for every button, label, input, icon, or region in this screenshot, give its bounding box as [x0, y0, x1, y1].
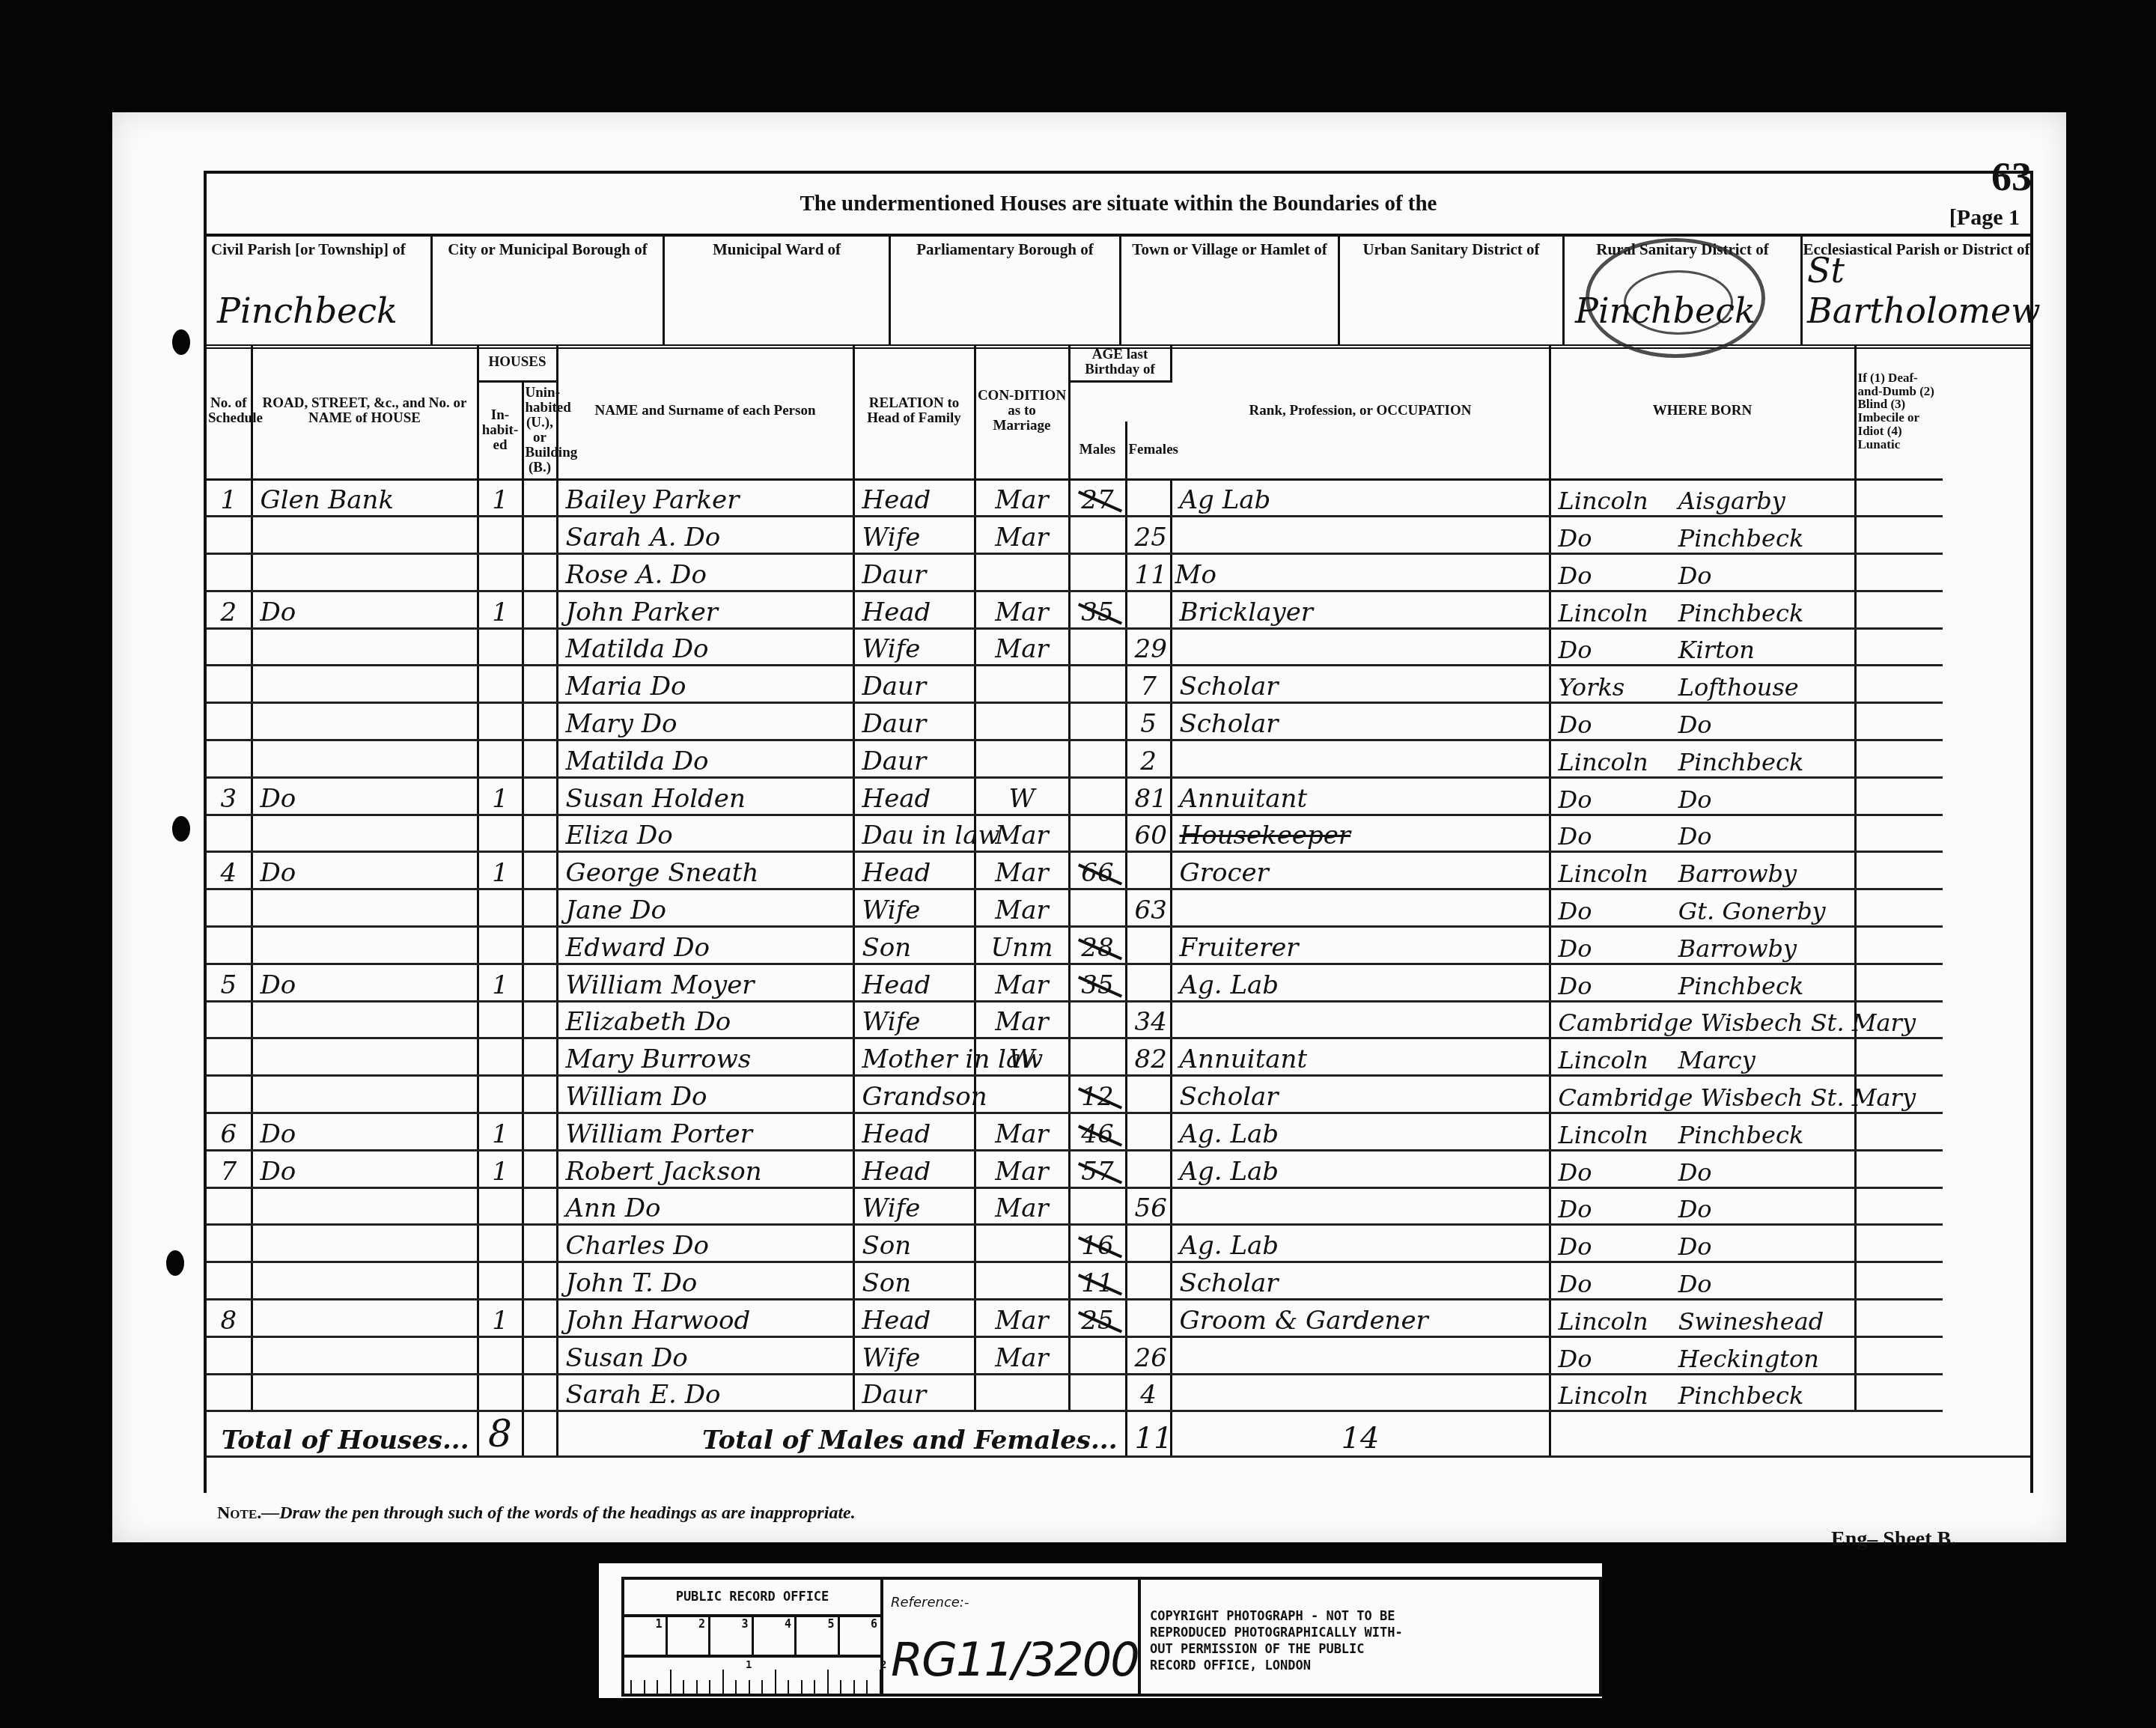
schedule-cell — [207, 927, 252, 964]
birth-county: Lincoln — [1559, 1046, 1671, 1074]
uninhabited-cell — [523, 964, 557, 1001]
road-cell — [252, 1262, 478, 1300]
condition-cell: Mar — [975, 1150, 1069, 1187]
name-cell: Susan Holden — [557, 777, 853, 815]
birth-place: Pinchbeck — [1678, 524, 1804, 553]
birth-county: Do — [1559, 524, 1671, 553]
inhabited-cell — [478, 1336, 523, 1374]
uninhabited-cell — [523, 777, 557, 815]
male-age-cell: 28 — [1069, 927, 1126, 964]
infirmity-cell — [1855, 1038, 1943, 1076]
birth-county: Lincoln — [1559, 1307, 1671, 1336]
col-males: Males — [1069, 422, 1126, 479]
name-cell: Rose A. Do — [557, 554, 853, 591]
condition-cell: Mar — [975, 1113, 1069, 1151]
condition-cell: W — [975, 777, 1069, 815]
occupation-cell: Annuitant — [1171, 777, 1550, 815]
occupation-cell: Ag. Lab — [1171, 1113, 1550, 1151]
table-row: 1Glen Bank1Bailey ParkerHeadMar27Ag LabL… — [207, 479, 2030, 517]
table-row: 2Do1John ParkerHeadMar35BricklayerLincol… — [207, 591, 2030, 628]
female-age-cell — [1126, 964, 1171, 1001]
inhabited-cell — [478, 1001, 523, 1038]
schedule-cell — [207, 1374, 252, 1411]
birth-county: Lincoln — [1559, 860, 1671, 888]
uninhabited-cell — [523, 889, 557, 927]
occupation-cell: Ag. Lab — [1171, 1225, 1550, 1262]
occupation-cell: Groom & Gardener — [1171, 1300, 1550, 1337]
uninhabited-cell — [523, 1038, 557, 1076]
condition-cell: Mar — [975, 852, 1069, 889]
col-where-born: WHERE BORN — [1550, 344, 1855, 479]
birth-county: Lincoln — [1559, 487, 1671, 515]
schedule-cell — [207, 1225, 252, 1262]
condition-cell: Mar — [975, 1001, 1069, 1038]
relation-cell: Head — [853, 964, 975, 1001]
binding-hole — [172, 329, 190, 355]
schedule-cell — [207, 1038, 252, 1076]
schedule-cell — [207, 815, 252, 852]
occupation-cell: Grocer — [1171, 852, 1550, 889]
where-born-cell: Lincoln Aisgarby — [1550, 479, 1855, 517]
schedule-cell — [207, 1262, 252, 1300]
relation-cell: Daur — [853, 666, 975, 703]
where-born-cell: Do Pinchbeck — [1550, 964, 1855, 1001]
male-age-cell: 27 — [1069, 479, 1126, 517]
road-cell — [252, 1038, 478, 1076]
district-rural-sanitary: Rural Sanitary District of Pinchbeck — [1565, 234, 1803, 344]
col-relation: RELATION to Head of Family — [853, 344, 975, 479]
schedule-cell: 6 — [207, 1113, 252, 1151]
table-row: 3Do1Susan HoldenHeadW81AnnuitantDo Do — [207, 777, 2030, 815]
table-row: John T. DoSon11ScholarDo Do — [207, 1262, 2030, 1300]
occupation-cell: Fruiterer — [1171, 927, 1550, 964]
relation-cell: Wife — [853, 1336, 975, 1374]
birth-place: Pinchbeck — [1678, 972, 1804, 1000]
name-cell: George Sneath — [557, 852, 853, 889]
table-row: Mary DoDaur5ScholarDo Do — [207, 703, 2030, 740]
infirmity-cell — [1855, 1150, 1943, 1187]
name-cell: Susan Do — [557, 1336, 853, 1374]
district-municipal-ward: Municipal Ward of — [665, 234, 891, 344]
occupation-cell — [1171, 554, 1550, 591]
schedule-cell — [207, 740, 252, 778]
condition-cell — [975, 1262, 1069, 1300]
schedule-cell — [207, 666, 252, 703]
uninhabited-cell — [523, 815, 557, 852]
district-parliamentary-borough: Parliamentary Borough of — [891, 234, 1121, 344]
where-born-cell: Lincoln Pinchbeck — [1550, 740, 1855, 778]
birth-county: Do — [1559, 1195, 1671, 1223]
inhabited-cell — [478, 889, 523, 927]
relation-cell: Son — [853, 1225, 975, 1262]
relation-cell: Head — [853, 479, 975, 517]
female-age-cell: 82 — [1126, 1038, 1171, 1076]
relation-cell: Head — [853, 1300, 975, 1337]
table-row: Charles DoSon16Ag. LabDo Do — [207, 1225, 2030, 1262]
occupation-cell: Ag. Lab — [1171, 964, 1550, 1001]
infirmity-cell — [1855, 852, 1943, 889]
col-houses: HOUSES — [478, 344, 557, 381]
female-age-cell — [1126, 852, 1171, 889]
road-cell — [252, 1225, 478, 1262]
inhabited-cell: 1 — [478, 1150, 523, 1187]
name-cell: John Parker — [557, 591, 853, 628]
infirmity-cell — [1855, 479, 1943, 517]
occupation-cell: Scholar — [1171, 703, 1550, 740]
birth-place: Do — [1678, 1158, 1712, 1187]
condition-cell: Mar — [975, 964, 1069, 1001]
inhabited-cell — [478, 927, 523, 964]
schedule-cell — [207, 517, 252, 554]
binding-hole — [166, 1250, 184, 1276]
name-cell: Maria Do — [557, 666, 853, 703]
occupation-cell — [1171, 628, 1550, 666]
total-houses-value: 8 — [478, 1411, 523, 1457]
birth-county: Do — [1559, 1232, 1671, 1261]
female-age-cell: 81 — [1126, 777, 1171, 815]
birth-county: Do — [1559, 1158, 1671, 1187]
infirmity-cell — [1855, 703, 1943, 740]
relation-cell: Head — [853, 852, 975, 889]
table-row: Mary BurrowsMother in lawW82AnnuitantLin… — [207, 1038, 2030, 1076]
name-cell: William Porter — [557, 1113, 853, 1151]
occupation-cell: Annuitant — [1171, 1038, 1550, 1076]
road-cell: Do — [252, 1150, 478, 1187]
male-age-cell: 35 — [1069, 964, 1126, 1001]
infirmity-cell — [1855, 740, 1943, 778]
birth-county: Lincoln — [1559, 1121, 1671, 1149]
uninhabited-cell — [523, 1225, 557, 1262]
inhabited-cell: 1 — [478, 1113, 523, 1151]
condition-cell — [975, 1076, 1069, 1113]
infirmity-cell — [1855, 1187, 1943, 1225]
schedule-cell: 5 — [207, 964, 252, 1001]
uninhabited-cell — [523, 703, 557, 740]
reference-label: Reference:- — [891, 1595, 969, 1610]
female-age-cell — [1126, 1300, 1171, 1337]
table-row: 4Do1George SneathHeadMar66GrocerLincoln … — [207, 852, 2030, 889]
schedule-cell — [207, 1076, 252, 1113]
relation-cell: Daur — [853, 703, 975, 740]
civil-parish-value: Pinchbeck — [217, 290, 398, 331]
uninhabited-cell — [523, 666, 557, 703]
table-row: Maria DoDaur7ScholarYorks Lofthouse — [207, 666, 2030, 703]
table-row: Eliza DoDau in lawMar60HousekeeperDo Do — [207, 815, 2030, 852]
inhabited-cell: 1 — [478, 591, 523, 628]
condition-cell — [975, 740, 1069, 778]
relation-cell: Wife — [853, 628, 975, 666]
road-cell — [252, 1001, 478, 1038]
male-age-cell — [1069, 1336, 1126, 1374]
uninhabited-cell — [523, 1336, 557, 1374]
occupation-cell — [1171, 889, 1550, 927]
total-males: 11 — [1126, 1411, 1171, 1457]
condition-cell — [975, 666, 1069, 703]
district-urban-sanitary: Urban Sanitary District of — [1340, 234, 1565, 344]
where-born-cell: Do Do — [1550, 703, 1855, 740]
road-cell — [252, 889, 478, 927]
infirmity-cell — [1855, 927, 1943, 964]
total-houses-label: Total of Houses... — [207, 1411, 478, 1457]
male-age-cell — [1069, 777, 1126, 815]
table-row: Elizabeth DoWifeMar34Cambridge Wisbech S… — [207, 1001, 2030, 1038]
relation-cell: Son — [853, 1262, 975, 1300]
col-name: NAME and Surname of each Person — [557, 344, 853, 479]
where-born-cell: Do Do — [1550, 554, 1855, 591]
infirmity-cell — [1855, 1300, 1943, 1337]
uninhabited-cell — [523, 1113, 557, 1151]
road-cell: Glen Bank — [252, 479, 478, 517]
birth-county: Lincoln — [1559, 748, 1671, 776]
road-cell: Do — [252, 591, 478, 628]
table-row: Ann DoWifeMar56Do Do — [207, 1187, 2030, 1225]
birth-place: Barrowby — [1678, 860, 1797, 888]
male-age-cell: 12 — [1069, 1076, 1126, 1113]
infirmity-cell — [1855, 964, 1943, 1001]
total-females: 14 — [1171, 1411, 1550, 1457]
birth-county: Cambridge — [1559, 1083, 1693, 1112]
col-inhabited: In-habit-ed — [478, 381, 523, 479]
male-age-cell: 46 — [1069, 1113, 1126, 1151]
where-born-cell: Lincoln Pinchbeck — [1550, 1374, 1855, 1411]
male-age-cell — [1069, 554, 1126, 591]
where-born-cell: Do Do — [1550, 1150, 1855, 1187]
infirmity-cell — [1855, 628, 1943, 666]
male-age-cell — [1069, 628, 1126, 666]
schedule-cell — [207, 1187, 252, 1225]
table-row: 5Do1William MoyerHeadMar35Ag. LabDo Pinc… — [207, 964, 2030, 1001]
name-cell: Sarah A. Do — [557, 517, 853, 554]
inhabited-cell — [478, 1225, 523, 1262]
male-age-cell — [1069, 1001, 1126, 1038]
relation-cell: Head — [853, 591, 975, 628]
road-cell — [252, 740, 478, 778]
schedule-cell — [207, 889, 252, 927]
birth-place: Pinchbeck — [1678, 599, 1804, 627]
female-age-cell — [1126, 927, 1171, 964]
uninhabited-cell — [523, 1374, 557, 1411]
total-persons-label: Total of Males and Females... — [557, 1411, 1126, 1457]
female-age-cell: 4 — [1126, 1374, 1171, 1411]
road-cell — [252, 703, 478, 740]
condition-cell — [975, 554, 1069, 591]
schedule-cell — [207, 1336, 252, 1374]
road-cell — [252, 554, 478, 591]
name-cell: Matilda Do — [557, 628, 853, 666]
uninhabited-cell — [523, 554, 557, 591]
female-age-cell: 5 — [1126, 703, 1171, 740]
schedule-cell — [207, 1001, 252, 1038]
form-title-row: The undermentioned Houses are situate wi… — [207, 174, 2030, 237]
reference-value: RG11/3200 — [891, 1632, 1139, 1687]
birth-place: Do — [1678, 562, 1712, 590]
where-born-cell: Do Gt. Gonerby — [1550, 889, 1855, 927]
name-cell: Bailey Parker — [557, 479, 853, 517]
birth-place: Do — [1678, 822, 1712, 851]
birth-place: Swineshead — [1678, 1307, 1824, 1336]
where-born-cell: Lincoln Marcy — [1550, 1038, 1855, 1076]
uninhabited-cell — [523, 1076, 557, 1113]
male-age-cell: 11 — [1069, 1262, 1126, 1300]
occupation-cell: Scholar — [1171, 666, 1550, 703]
col-condition: CON-DITION as to Marriage — [975, 344, 1069, 479]
relation-cell: Wife — [853, 1001, 975, 1038]
condition-cell: Unm — [975, 927, 1069, 964]
district-ecclesiastical: Ecclesiastical Parish or District of St … — [1803, 234, 2030, 344]
col-females: Females — [1126, 422, 1171, 479]
infirmity-cell — [1855, 1374, 1943, 1411]
schedule-cell: 7 — [207, 1150, 252, 1187]
condition-cell: Mar — [975, 628, 1069, 666]
infirmity-cell — [1855, 517, 1943, 554]
where-born-cell: Cambridge Wisbech St. Mary — [1550, 1001, 1855, 1038]
census-table: No. of Schedule ROAD, STREET, &c., and N… — [207, 344, 2030, 1458]
inhabited-cell — [478, 740, 523, 778]
birth-county: Yorks — [1559, 673, 1671, 702]
male-age-cell — [1069, 1038, 1126, 1076]
birth-place: Gt. Gonerby — [1678, 897, 1826, 925]
birth-county: Cambridge — [1559, 1008, 1693, 1037]
condition-cell: Mar — [975, 591, 1069, 628]
occupation-cell — [1171, 740, 1550, 778]
inhabited-cell — [478, 1076, 523, 1113]
schedule-cell: 2 — [207, 591, 252, 628]
table-row: Matilda DoDaur2Lincoln Pinchbeck — [207, 740, 2030, 778]
name-cell: John T. Do — [557, 1262, 853, 1300]
schedule-cell: 8 — [207, 1300, 252, 1337]
infirmity-cell — [1855, 1113, 1943, 1151]
relation-cell: Son — [853, 927, 975, 964]
road-cell: Do — [252, 1113, 478, 1151]
infirmity-cell — [1855, 1336, 1943, 1374]
road-cell — [252, 666, 478, 703]
occupation-cell — [1171, 1374, 1550, 1411]
relation-cell: Dau in law — [853, 815, 975, 852]
condition-cell — [975, 1374, 1069, 1411]
relation-cell: Grandson — [853, 1076, 975, 1113]
schedule-cell — [207, 628, 252, 666]
where-born-cell: Do Pinchbeck — [1550, 517, 1855, 554]
col-schedule: No. of Schedule — [207, 344, 252, 479]
birth-county: Do — [1559, 1345, 1671, 1373]
census-form: The undermentioned Houses are situate wi… — [204, 171, 2033, 1493]
relation-cell: Wife — [853, 517, 975, 554]
road-cell — [252, 1187, 478, 1225]
birth-place: Aisgarby — [1678, 487, 1785, 515]
male-age-cell — [1069, 740, 1126, 778]
where-born-cell: Lincoln Pinchbeck — [1550, 1113, 1855, 1151]
where-born-cell: Do Kirton — [1550, 628, 1855, 666]
relation-cell: Daur — [853, 1374, 975, 1411]
road-cell — [252, 1076, 478, 1113]
schedule-cell — [207, 554, 252, 591]
female-age-cell: 63 — [1126, 889, 1171, 927]
birth-county: Do — [1559, 562, 1671, 590]
birth-place: Pinchbeck — [1678, 1381, 1804, 1410]
where-born-cell: Do Barrowby — [1550, 927, 1855, 964]
birth-county: Do — [1559, 1270, 1671, 1298]
uninhabited-cell — [523, 927, 557, 964]
schedule-cell: 4 — [207, 852, 252, 889]
birth-place: Do — [1678, 711, 1712, 739]
page-reference: [Page 1 — [1949, 205, 2020, 231]
birth-place: Kirton — [1678, 636, 1755, 664]
col-age: AGE last Birthday of — [1069, 344, 1171, 381]
table-row: Edward DoSonUnm28FruitererDo Barrowby — [207, 927, 2030, 964]
condition-cell: Mar — [975, 889, 1069, 927]
record-office-strip: PUBLIC RECORD OFFICE 1 2 3 4 5 6 1 2 Ref… — [599, 1563, 1602, 1698]
female-age-cell — [1126, 1262, 1171, 1300]
road-cell — [252, 517, 478, 554]
district-civil-parish: Civil Parish [or Township] of Pinchbeck — [207, 234, 433, 344]
relation-cell: Head — [853, 1150, 975, 1187]
birth-place: Heckington — [1678, 1345, 1819, 1373]
uninhabited-cell — [523, 1262, 557, 1300]
male-age-cell: 35 — [1069, 591, 1126, 628]
male-age-cell — [1069, 666, 1126, 703]
birth-county: Do — [1559, 636, 1671, 664]
uninhabited-cell — [523, 628, 557, 666]
rural-sanitary-value: Pinchbeck — [1575, 290, 1755, 331]
birth-county: Do — [1559, 822, 1671, 851]
inhabited-cell: 1 — [478, 964, 523, 1001]
female-age-cell: 2 — [1126, 740, 1171, 778]
col-road: ROAD, STREET, &c., and No. or NAME of HO… — [252, 344, 478, 479]
road-cell — [252, 1374, 478, 1411]
birth-place: Do — [1678, 1232, 1712, 1261]
female-age-cell — [1126, 479, 1171, 517]
where-born-cell: Lincoln Pinchbeck — [1550, 591, 1855, 628]
female-age-cell: 11 Mo — [1126, 554, 1171, 591]
name-cell: William Moyer — [557, 964, 853, 1001]
inhabited-cell — [478, 517, 523, 554]
table-row: Rose A. DoDaur11 MoDo Do — [207, 554, 2030, 591]
uninhabited-cell — [523, 740, 557, 778]
female-age-cell — [1126, 1076, 1171, 1113]
male-age-cell — [1069, 1187, 1126, 1225]
occupation-cell: Scholar — [1171, 1076, 1550, 1113]
totals-row: Total of Houses... 8 Total of Males and … — [207, 1411, 2030, 1457]
table-row: Matilda DoWifeMar29Do Kirton — [207, 628, 2030, 666]
male-age-cell — [1069, 703, 1126, 740]
record-office-title: PUBLIC RECORD OFFICE — [624, 1580, 880, 1617]
birth-county: Do — [1559, 897, 1671, 925]
schedule-cell — [207, 703, 252, 740]
inhabited-cell — [478, 815, 523, 852]
table-row: Susan DoWifeMar26Do Heckington — [207, 1336, 2030, 1374]
road-cell: Do — [252, 777, 478, 815]
relation-cell: Head — [853, 1113, 975, 1151]
birth-place: Wisbech St. Mary — [1701, 1008, 1916, 1037]
col-uninhabited: Unin-habited (U.), or Building (B.) — [523, 381, 557, 479]
relation-cell: Wife — [853, 1187, 975, 1225]
birth-county: Do — [1559, 785, 1671, 814]
binding-hole — [172, 816, 190, 842]
road-cell — [252, 628, 478, 666]
uninhabited-cell — [523, 1187, 557, 1225]
inhabited-cell: 1 — [478, 852, 523, 889]
male-age-cell — [1069, 1374, 1126, 1411]
female-age-cell: 25 — [1126, 517, 1171, 554]
uninhabited-cell — [523, 1300, 557, 1337]
infirmity-cell — [1855, 666, 1943, 703]
uninhabited-cell — [523, 1150, 557, 1187]
inhabited-cell — [478, 1262, 523, 1300]
table-row: 6Do1William PorterHeadMar46Ag. LabLincol… — [207, 1113, 2030, 1151]
birth-place: Marcy — [1678, 1046, 1755, 1074]
male-age-cell: 57 — [1069, 1150, 1126, 1187]
inch-ruler: 1 2 — [624, 1658, 880, 1697]
